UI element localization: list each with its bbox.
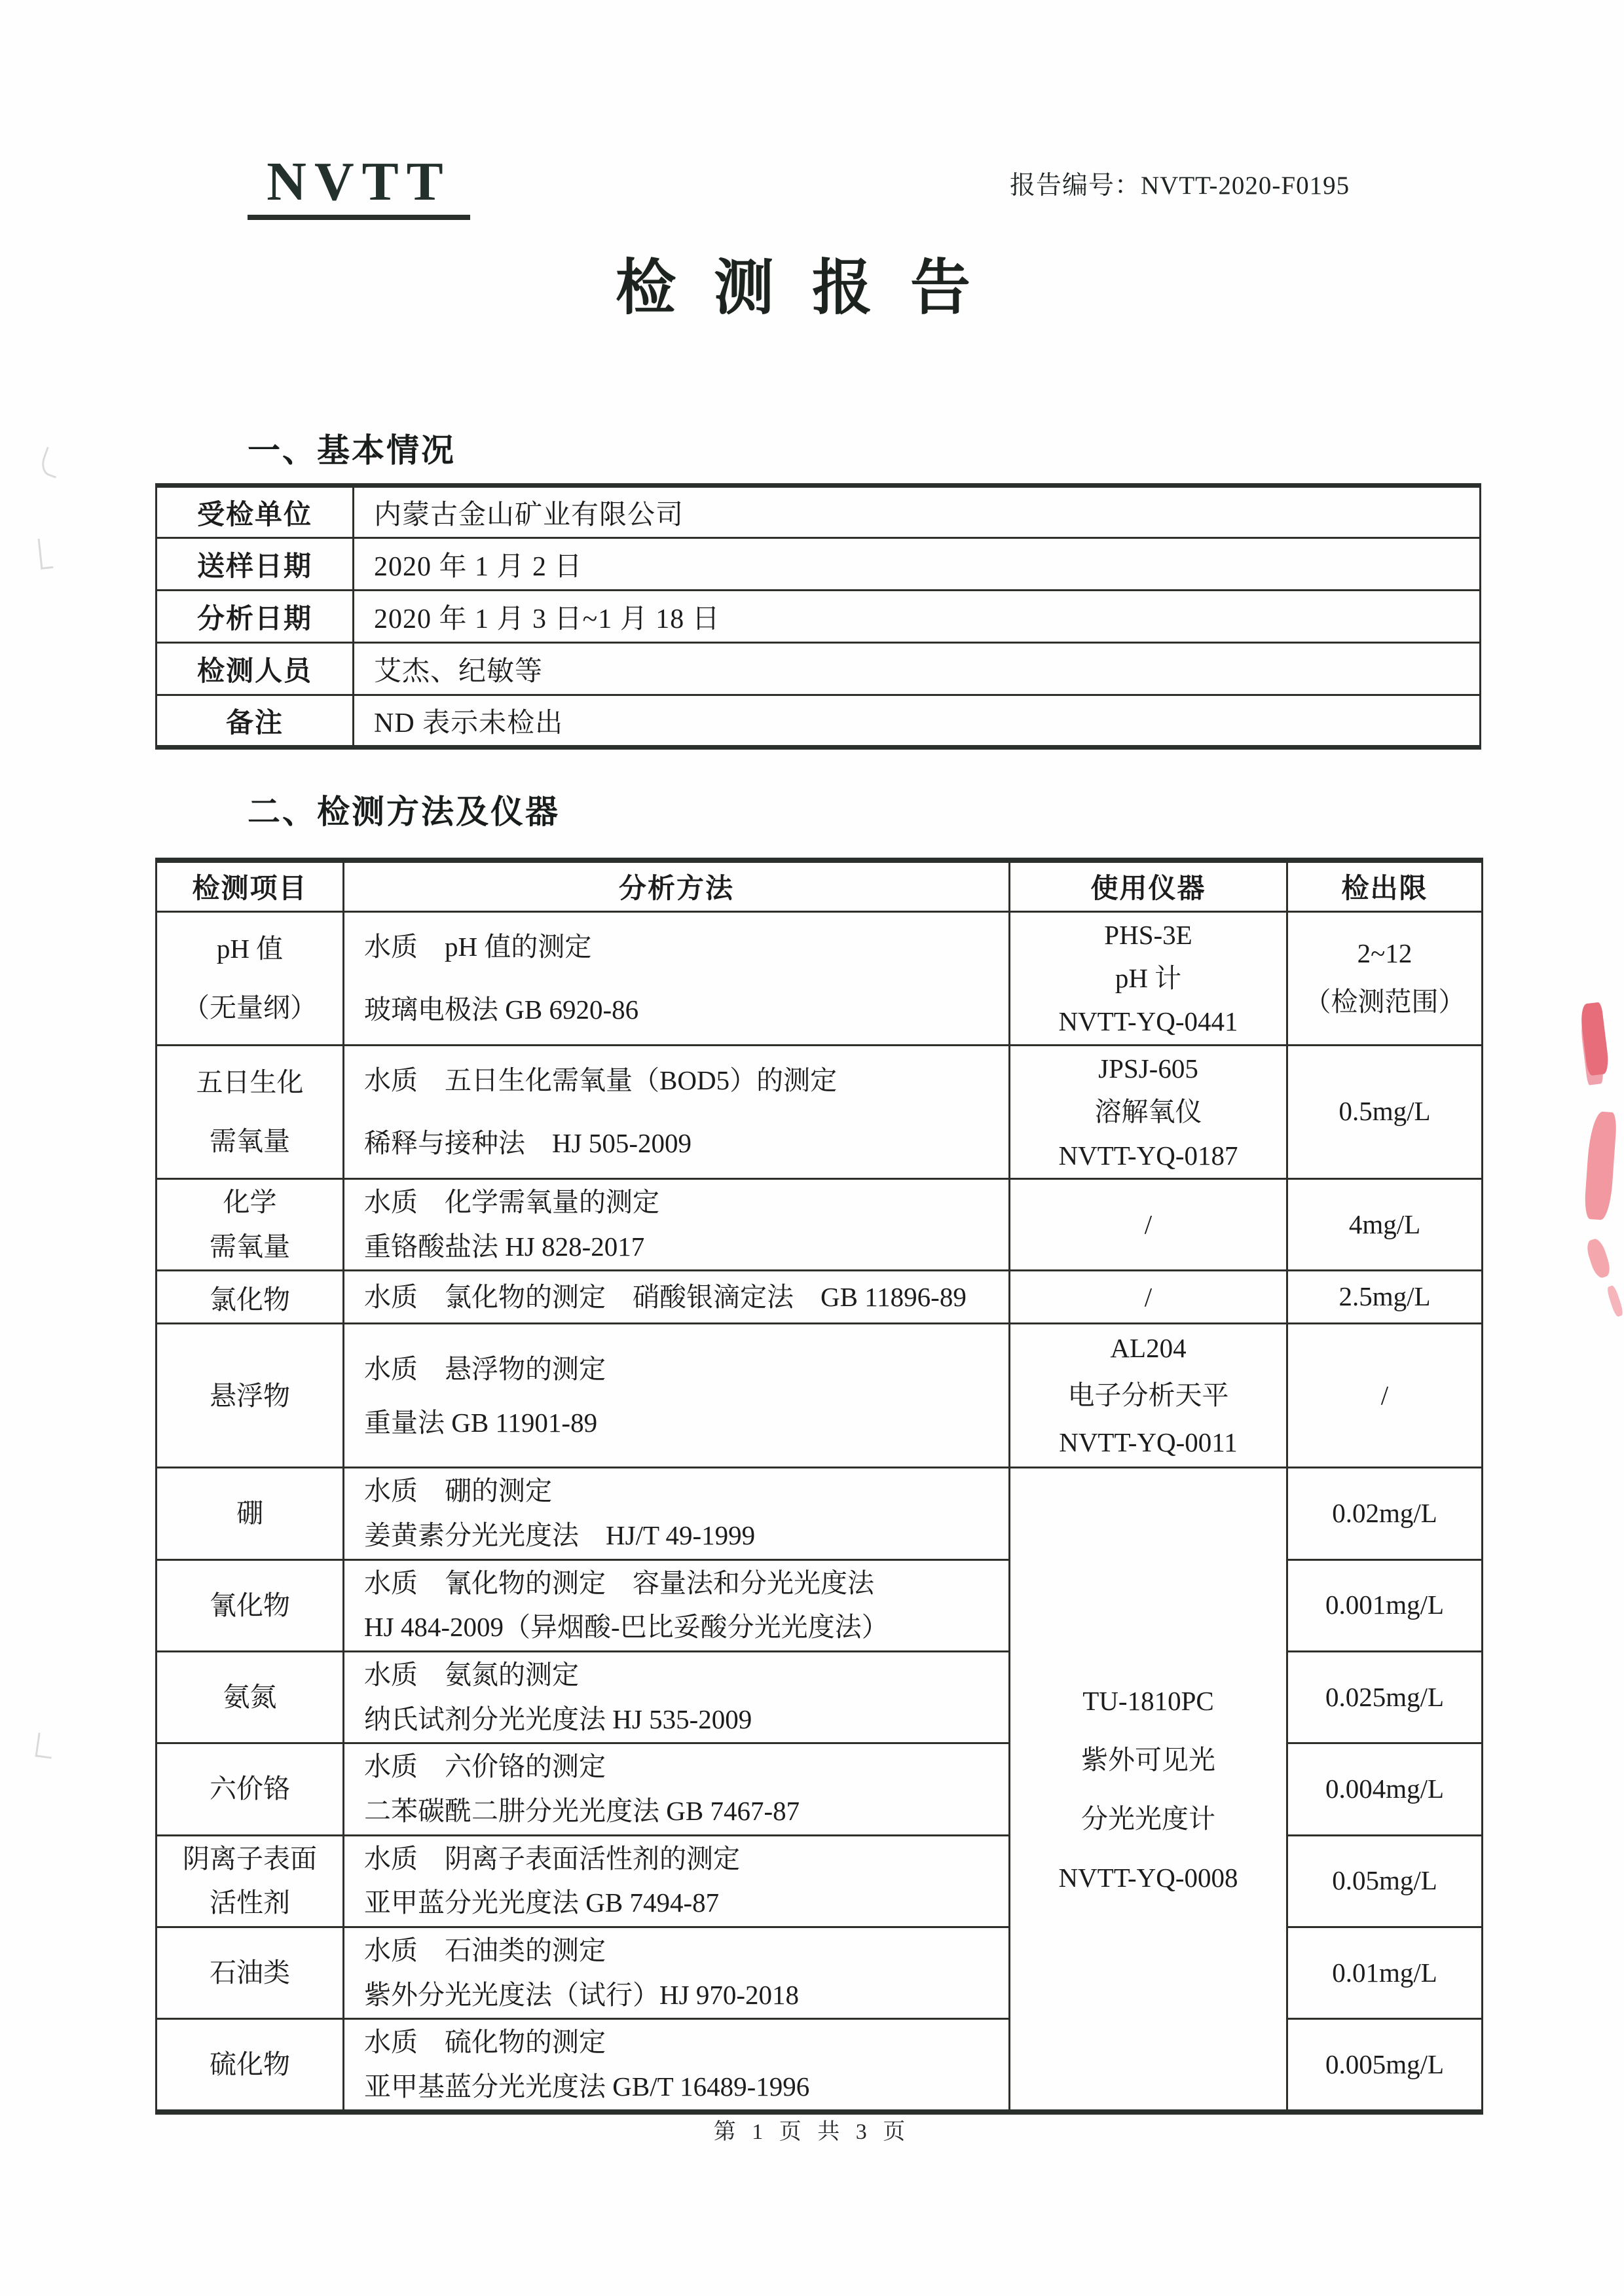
- item-cell: 氯化物: [157, 1271, 344, 1324]
- report-page: NVTT 报告编号：NVTT-2020-F0195 检测报告 一、基本情况 受检…: [0, 0, 1624, 2296]
- info-row: 检测人员 艾杰、纪敏等: [157, 643, 1481, 695]
- method-row: pH 值 （无量纲） 水质 pH 值的测定 玻璃电极法 GB 6920-86 P…: [157, 911, 1483, 1045]
- instrument-cell: /: [1010, 1271, 1287, 1324]
- document-title: 检测报告: [0, 240, 1624, 326]
- limit-cell: 0.004mg/L: [1287, 1743, 1483, 1835]
- item-cell: 石油类: [157, 1927, 344, 2018]
- instrument-cell: PHS-3E pH 计 NVTT-YQ-0441: [1010, 911, 1287, 1045]
- scan-artifact: [35, 1732, 55, 1758]
- method-cell: 水质 六价铬的测定 二苯碳酰二肼分光光度法 GB 7467-87: [344, 1743, 1010, 1835]
- item-cell: 氨氮: [157, 1652, 344, 1743]
- red-stamp-fragment: [1583, 1111, 1617, 1220]
- info-row: 送样日期 2020 年 1 月 2 日: [157, 538, 1481, 591]
- basic-info-table: 受检单位 内蒙古金山矿业有限公司 送样日期 2020 年 1 月 2 日 分析日…: [155, 483, 1481, 750]
- method-cell: 水质 硼的测定 姜黄素分光光度法 HJ/T 49-1999: [344, 1468, 1010, 1559]
- method-row: 五日生化 需氧量 水质 五日生化需氧量（BOD5）的测定 稀释与接种法 HJ 5…: [157, 1045, 1483, 1178]
- info-value: 艾杰、纪敏等: [354, 643, 1481, 695]
- info-row: 分析日期 2020 年 1 月 3 日~1 月 18 日: [157, 591, 1481, 643]
- methods-header-row: 检测项目 分析方法 使用仪器 检出限: [157, 860, 1483, 911]
- info-value: 内蒙古金山矿业有限公司: [354, 486, 1481, 538]
- method-cell: 水质 阴离子表面活性剂的测定 亚甲蓝分光光度法 GB 7494-87: [344, 1835, 1010, 1927]
- limit-cell: 0.05mg/L: [1287, 1835, 1483, 1927]
- red-stamp-fragment: [1579, 1002, 1610, 1076]
- item-cell: 悬浮物: [157, 1324, 344, 1468]
- column-header-instrument: 使用仪器: [1010, 860, 1287, 911]
- item-cell: 化学 需氧量: [157, 1178, 344, 1270]
- info-row: 受检单位 内蒙古金山矿业有限公司: [157, 486, 1481, 538]
- scan-artifact: [38, 538, 54, 570]
- info-label: 受检单位: [157, 486, 354, 538]
- section-heading-basic-info: 一、基本情况: [248, 424, 456, 471]
- method-cell: 水质 氨氮的测定 纳氏试剂分光光度法 HJ 535-2009: [344, 1652, 1010, 1743]
- section-heading-methods: 二、检测方法及仪器: [248, 786, 560, 833]
- info-value: 2020 年 1 月 2 日: [354, 538, 1481, 591]
- info-label: 分析日期: [157, 591, 354, 643]
- method-cell: 水质 化学需氧量的测定 重铬酸盐法 HJ 828-2017: [344, 1178, 1010, 1270]
- limit-cell: 0.02mg/L: [1287, 1468, 1483, 1559]
- method-cell: 水质 氯化物的测定 硝酸银滴定法 GB 11896-89: [344, 1271, 1010, 1324]
- red-stamp-fragment: [1584, 1237, 1612, 1279]
- method-cell: 水质 硫化物的测定 亚甲基蓝分光光度法 GB/T 16489-1996: [344, 2019, 1010, 2113]
- page-number: 第 1 页 共 3 页: [0, 2113, 1624, 2145]
- limit-cell: 0.025mg/L: [1287, 1652, 1483, 1743]
- scan-artifact: [38, 446, 65, 478]
- column-header-item: 检测项目: [157, 860, 344, 911]
- item-cell: 氰化物: [157, 1559, 344, 1651]
- method-row: 化学 需氧量 水质 化学需氧量的测定 重铬酸盐法 HJ 828-2017 / 4…: [157, 1178, 1483, 1270]
- report-number-label: 报告编号：: [1010, 172, 1141, 200]
- column-header-limit: 检出限: [1287, 860, 1483, 911]
- method-row: 硼 水质 硼的测定 姜黄素分光光度法 HJ/T 49-1999 TU-1810P…: [157, 1468, 1483, 1559]
- item-cell: pH 值 （无量纲）: [157, 911, 344, 1045]
- method-row: 氯化物 水质 氯化物的测定 硝酸银滴定法 GB 11896-89 / 2.5mg…: [157, 1271, 1483, 1324]
- limit-cell: /: [1287, 1324, 1483, 1468]
- column-header-method: 分析方法: [344, 860, 1010, 911]
- nvtt-logo: NVTT: [248, 155, 470, 220]
- instrument-cell: /: [1010, 1178, 1287, 1270]
- info-label: 检测人员: [157, 643, 354, 695]
- limit-cell: 0.5mg/L: [1287, 1045, 1483, 1178]
- method-cell: 水质 石油类的测定 紫外分光光度法（试行）HJ 970-2018: [344, 1927, 1010, 2018]
- info-label: 送样日期: [157, 538, 354, 591]
- method-row: 悬浮物 水质 悬浮物的测定 重量法 GB 11901-89 AL204 电子分析…: [157, 1324, 1483, 1468]
- info-value: ND 表示未检出: [354, 695, 1481, 748]
- limit-cell: 2~12 （检测范围）: [1287, 911, 1483, 1045]
- instrument-cell-merged: TU-1810PC 紫外可见光 分光光度计 NVTT-YQ-0008: [1010, 1468, 1287, 2112]
- limit-cell: 2.5mg/L: [1287, 1271, 1483, 1324]
- item-cell: 硫化物: [157, 2019, 344, 2113]
- limit-cell: 0.001mg/L: [1287, 1559, 1483, 1651]
- method-cell: 水质 五日生化需氧量（BOD5）的测定 稀释与接种法 HJ 505-2009: [344, 1045, 1010, 1178]
- method-cell: 水质 氰化物的测定 容量法和分光光度法 HJ 484-2009（异烟酸-巴比妥酸…: [344, 1559, 1010, 1651]
- method-cell: 水质 悬浮物的测定 重量法 GB 11901-89: [344, 1324, 1010, 1468]
- info-row: 备注 ND 表示未检出: [157, 695, 1481, 748]
- info-value: 2020 年 1 月 3 日~1 月 18 日: [354, 591, 1481, 643]
- limit-cell: 4mg/L: [1287, 1178, 1483, 1270]
- limit-cell: 0.005mg/L: [1287, 2019, 1483, 2113]
- method-cell: 水质 pH 值的测定 玻璃电极法 GB 6920-86: [344, 911, 1010, 1045]
- item-cell: 五日生化 需氧量: [157, 1045, 344, 1178]
- item-cell: 硼: [157, 1468, 344, 1559]
- limit-cell: 0.01mg/L: [1287, 1927, 1483, 2018]
- report-number-value: NVTT-2020-F0195: [1141, 172, 1350, 200]
- item-cell: 六价铬: [157, 1743, 344, 1835]
- instrument-cell: JPSJ-605 溶解氧仪 NVTT-YQ-0187: [1010, 1045, 1287, 1178]
- item-cell: 阴离子表面 活性剂: [157, 1835, 344, 1927]
- instrument-cell: AL204 电子分析天平 NVTT-YQ-0011: [1010, 1324, 1287, 1468]
- methods-table: 检测项目 分析方法 使用仪器 检出限 pH 值 （无量纲） 水质 pH 值的测定…: [155, 858, 1483, 2115]
- info-label: 备注: [157, 695, 354, 748]
- report-number: 报告编号：NVTT-2020-F0195: [1010, 165, 1350, 202]
